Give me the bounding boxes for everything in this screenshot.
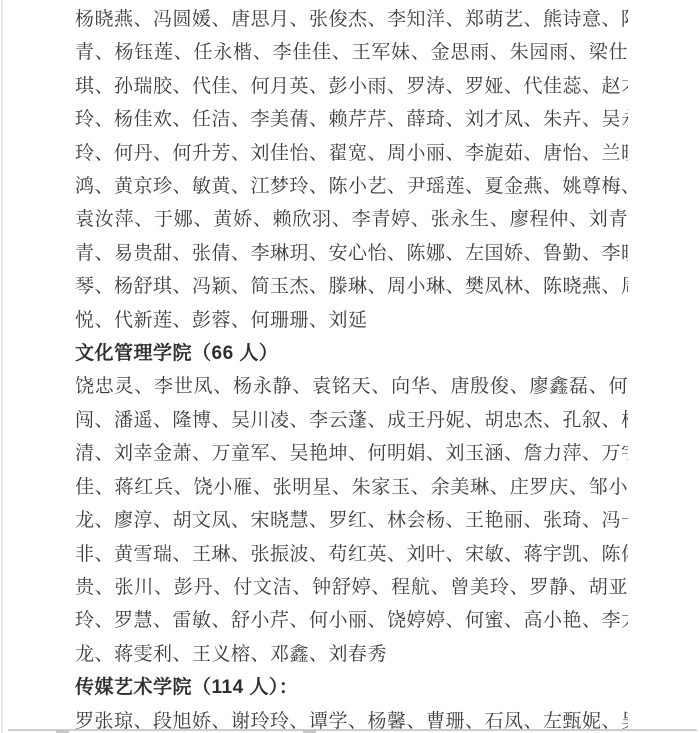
text-line: 袁汝萍、于娜、黄娇、赖欣羽、李青婷、张永生、廖程仲、刘青 bbox=[75, 203, 628, 236]
text-line: 非、黄雪瑞、王琳、张振波、苟红英、刘叶、宋敏、蒋宇凯、陈佑 bbox=[75, 538, 628, 571]
text-line: 青、杨钰莲、任永楷、李佳佳、王军妹、金思雨、朱园雨、梁仕 bbox=[75, 36, 628, 69]
text-line: 清、刘幸金萧、万童军、吴艳坤、何明娟、刘玉涵、詹力萍、万宇 bbox=[75, 437, 628, 470]
text-line: 玲、何丹、何升芳、刘佳怡、翟宽、周小丽、李旎茹、唐怡、兰晓 bbox=[75, 137, 628, 170]
text-line: 琴、杨舒琪、冯颖、简玉杰、滕琳、周小琳、樊凤林、陈晓燕、周 bbox=[75, 270, 628, 303]
name-list-paragraph-2: 饶忠灵、李世凤、杨永静、袁铭天、向华、唐殷俊、廖鑫磊、何 闯、潘遥、隆博、吴川凌… bbox=[75, 370, 628, 671]
text-line: 杨晓燕、冯圆媛、唐思月、张俊杰、李知洋、郑萌艺、熊诗意、阳 bbox=[75, 3, 628, 36]
text-line: 悦、代新莲、彭蓉、何珊珊、刘延 bbox=[75, 304, 628, 337]
page-bottom-edge bbox=[8, 729, 697, 731]
text-line: 龙、蒋雯利、王义榕、邓鑫、刘春秀 bbox=[75, 638, 628, 671]
text-line: 玲、罗慧、雷敏、舒小芹、何小丽、饶婷婷、何蜜、高小艳、李太 bbox=[75, 604, 628, 637]
name-list-paragraph-1: 杨晓燕、冯圆媛、唐思月、张俊杰、李知洋、郑萌艺、熊诗意、阳 青、杨钰莲、任永楷、… bbox=[75, 3, 628, 337]
document-page: 杨晓燕、冯圆媛、唐思月、张俊杰、李知洋、郑萌艺、熊诗意、阳 青、杨钰莲、任永楷、… bbox=[0, 0, 700, 733]
text-line: 琪、孙瑞胶、代佳、何月英、彭小雨、罗涛、罗娅、代佳蕊、赵才 bbox=[75, 70, 628, 103]
text-line: 青、易贵甜、张倩、李琳玥、安心怡、陈娜、左国娇、鲁勤、李晓 bbox=[75, 237, 628, 270]
section-heading-culture-management-college: 文化管理学院（66 人） bbox=[75, 337, 628, 370]
page-left-edge bbox=[1, 0, 3, 733]
section-heading-media-arts-college: 传媒艺术学院（114 人）： bbox=[75, 671, 628, 704]
text-line: 闯、潘遥、隆博、吴川凌、李云蓬、成王丹妮、胡忠杰、孔叙、杜 bbox=[75, 404, 628, 437]
text-line: 饶忠灵、李世凤、杨永静、袁铭天、向华、唐殷俊、廖鑫磊、何 bbox=[75, 370, 628, 403]
text-line: 鸿、黄京珍、敏黄、江梦玲、陈小艺、尹瑶莲、夏金燕、姚尊梅、 bbox=[75, 170, 628, 203]
text-line: 佳、蒋红兵、饶小雁、张明星、朱家玉、余美琳、庄罗庆、邹小 bbox=[75, 471, 628, 504]
text-line: 龙、廖淳、胡文凤、宋晓慧、罗红、林会杨、王艳丽、张琦、冯一 bbox=[75, 504, 628, 537]
text-line: 贵、张川、彭丹、付文洁、钟舒婷、程航、曾美玲、罗静、胡亚 bbox=[75, 571, 628, 604]
text-line: 玲、杨佳欢、任洁、李美蒨、赖芹芹、薛琦、刘才凤、朱卉、吴永 bbox=[75, 103, 628, 136]
